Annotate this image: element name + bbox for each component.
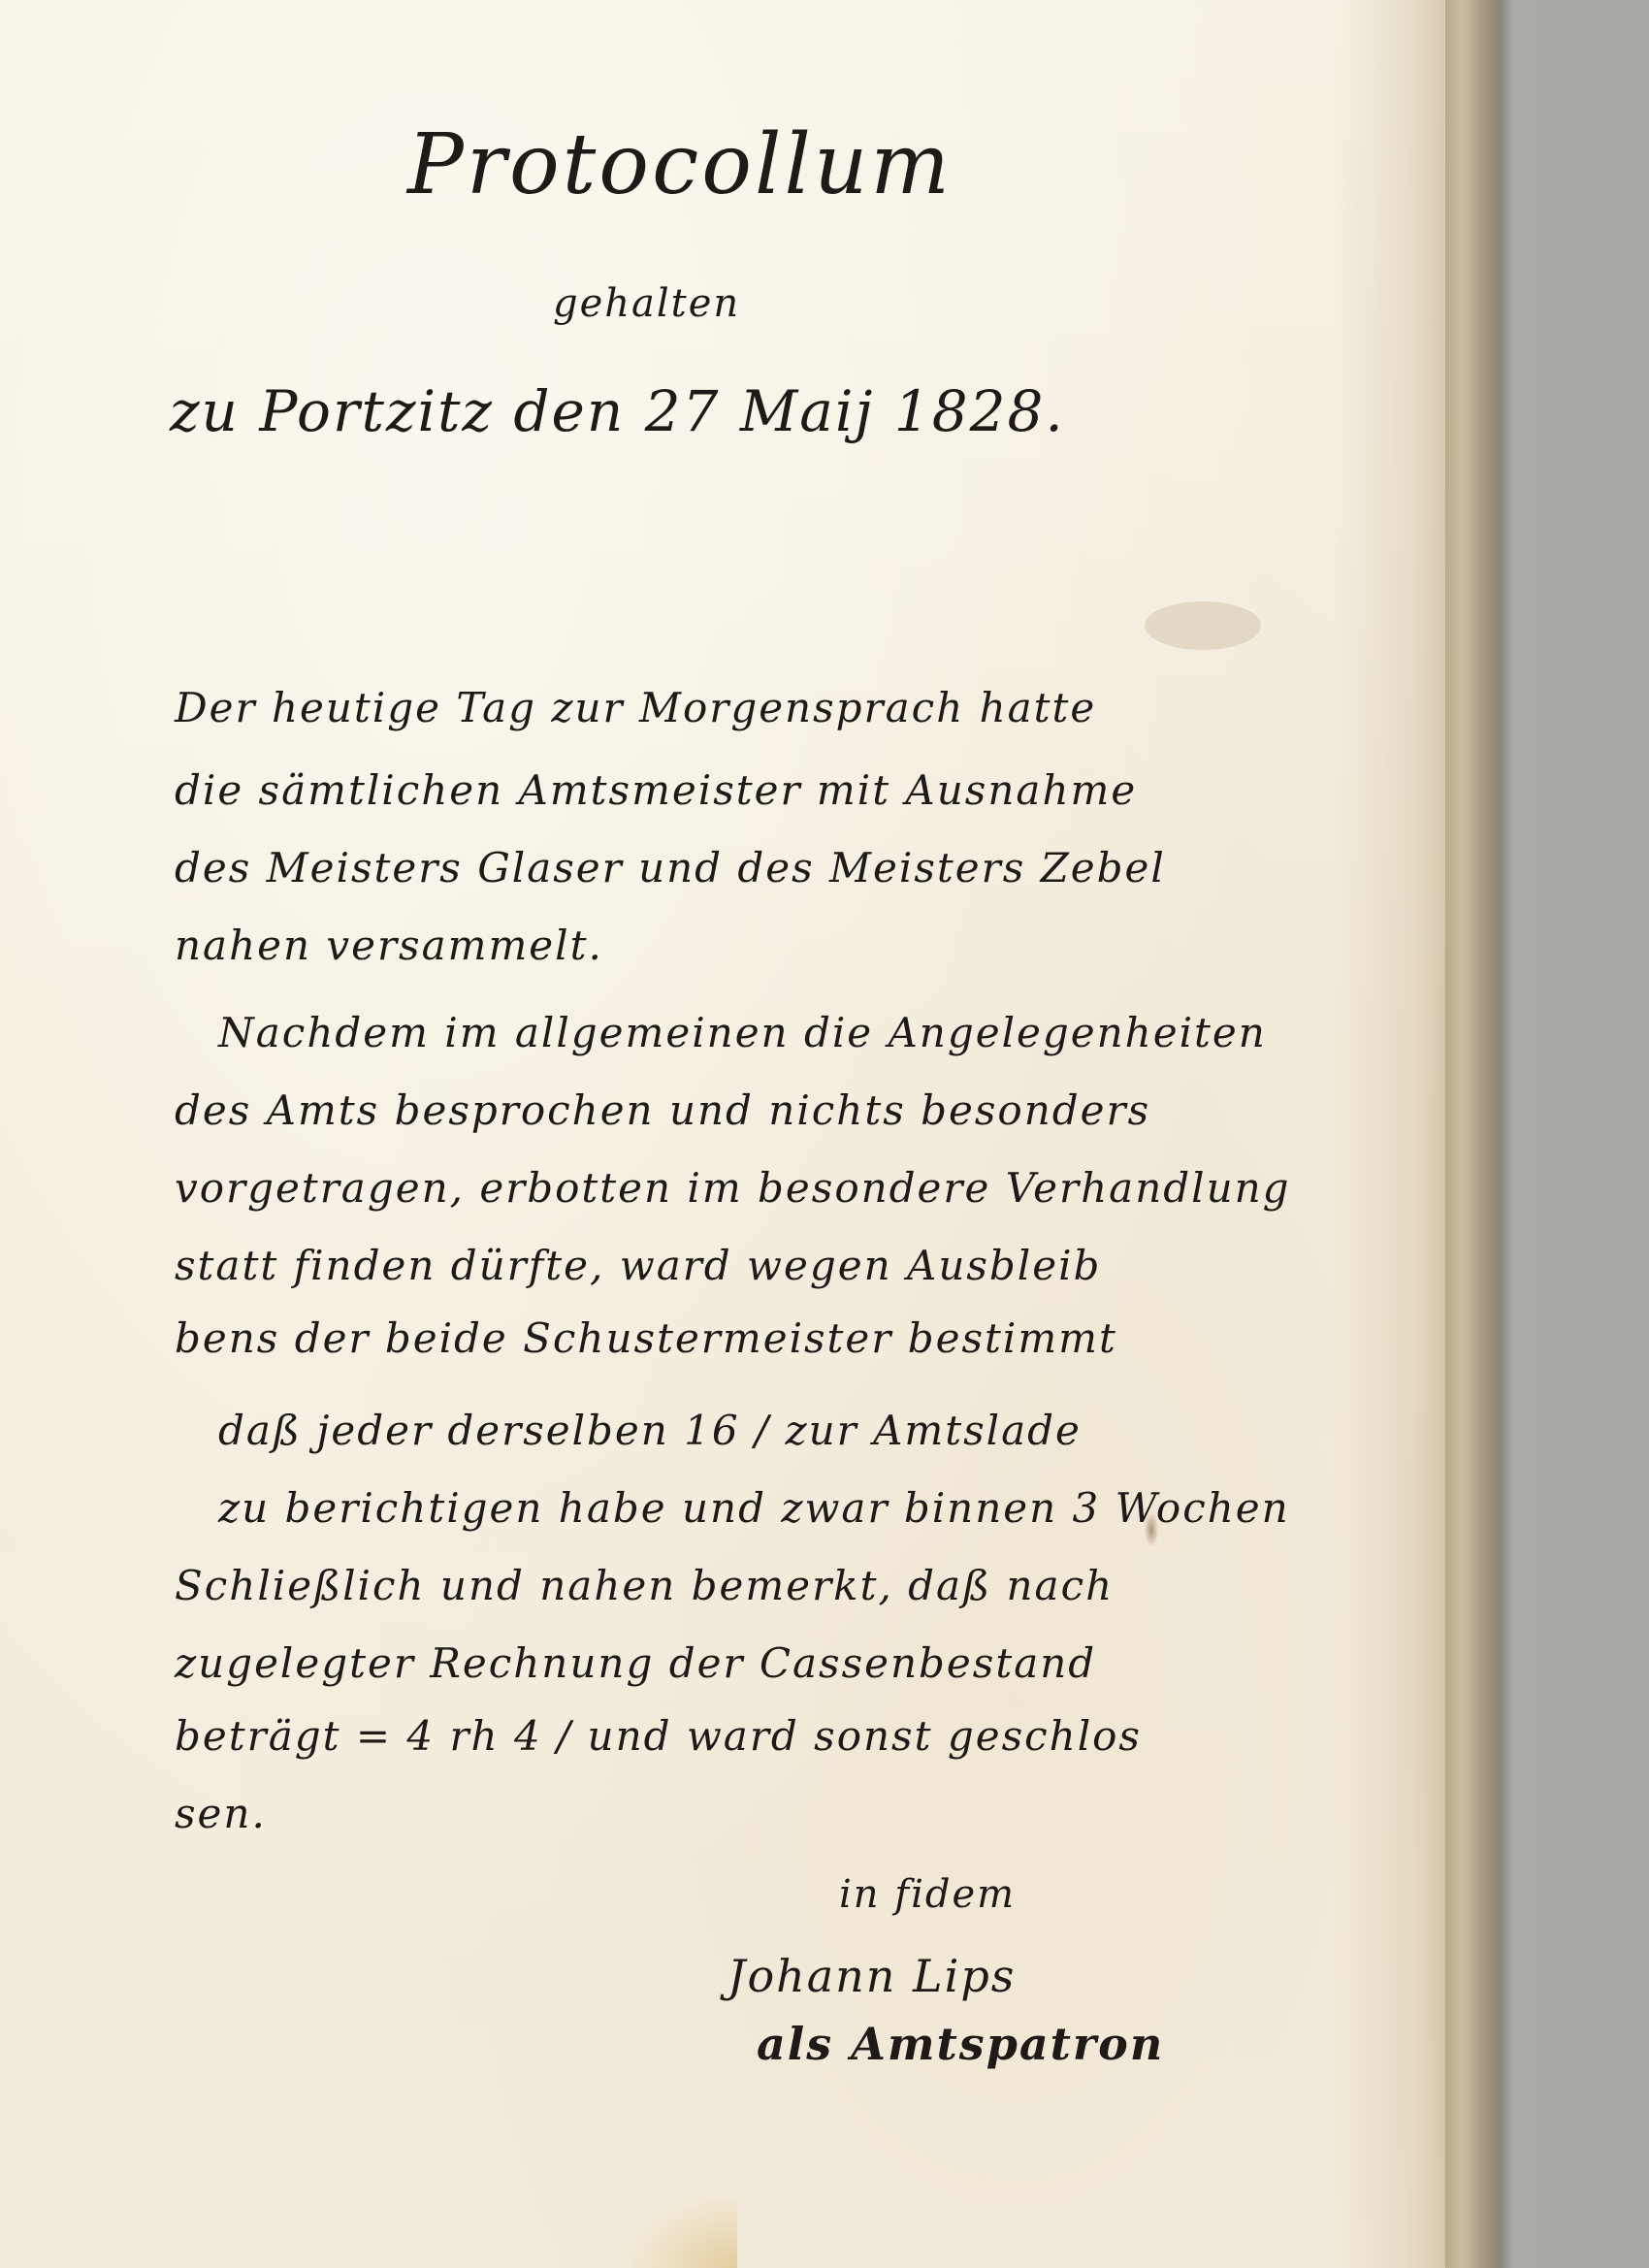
closing-formula: in fidem [839, 1872, 1016, 1917]
text-line: zugelegter Rechnung der Cassenbestand [175, 1639, 1096, 1687]
text-line: beträgt = 4 rh 4 / und ward sonst geschl… [175, 1712, 1142, 1760]
text-line: sen. [175, 1790, 267, 1837]
book-gutter [1445, 0, 1513, 2268]
text-line: die sämtlichen Amtsmeister mit Ausnahme [175, 766, 1137, 814]
text-line: des Amts besprochen und nichts besonders [175, 1086, 1150, 1134]
text-line: Der heutige Tag zur Morgensprach hatte [175, 684, 1096, 731]
text-line: Schließlich und nahen bemerkt, daß nach [175, 1562, 1114, 1609]
place-date-line: zu Portzitz den 27 Maij 1828. [170, 378, 1065, 444]
manuscript-page: Protocollum gehalten zu Portzitz den 27 … [0, 0, 1450, 2268]
signature-name: Johann Lips [727, 1950, 1016, 2002]
text-line: bens der beide Schustermeister bestimmt [175, 1314, 1117, 1362]
text-line: zu berichtigen habe und zwar binnen 3 Wo… [218, 1484, 1290, 1532]
text-line: des Meisters Glaser und des Meisters Zeb… [175, 844, 1166, 891]
page-subtitle: gehalten [553, 281, 740, 326]
signature-title: als Amtspatron [757, 2018, 1164, 2070]
text-line: daß jeder derselben 16 / zur Amtslade [218, 1407, 1082, 1454]
text-line: Nachdem im allgemeinen die Angelegenheit… [218, 1009, 1267, 1056]
corner-stain [621, 2192, 737, 2268]
foxing-spot [1145, 601, 1261, 650]
text-line: nahen versammelt. [175, 922, 603, 969]
text-line: statt finden dürfte, ward wegen Ausbleib [175, 1242, 1101, 1289]
page-title: Protocollum [407, 116, 953, 213]
text-line: vorgetragen, erbotten im besondere Verha… [175, 1164, 1291, 1212]
